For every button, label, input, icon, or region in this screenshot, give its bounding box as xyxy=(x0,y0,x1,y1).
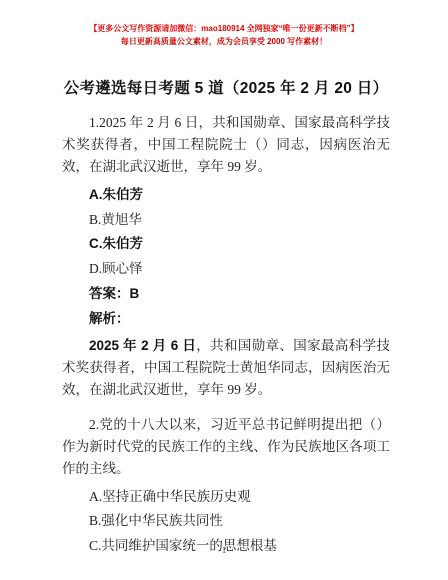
question-2-stem: 2.党的十八大以来，习近平总书记鲜明提出把（）作为新时代党的民族工作的主线、作为… xyxy=(62,414,390,480)
promo-line-2: 每日更新高质量公文素材，成为会员享受 2000 写作素材！ xyxy=(50,35,398,48)
question-1-answer: 答案：B xyxy=(62,283,390,305)
document-page: 【更多公文写作资源请加微信：mao180914 全网独家“唯一份更新不断档”】 … xyxy=(0,0,448,580)
question-2-option-b: B.强化中华民族共同性 xyxy=(62,510,390,532)
document-title: 公考遴选每日考题 5 道（2025 年 2 月 20 日） xyxy=(62,78,390,99)
question-1-analysis-text: 2025 年 2 月 6 日，共和国勋章、国家最高科学技术奖获得者，中国工程院院… xyxy=(62,335,390,401)
question-1-option-a: A.朱伯芳 xyxy=(62,184,390,206)
question-2-option-a: A.坚持正确中华民族历史观 xyxy=(62,486,390,508)
question-1-analysis-label: 解析： xyxy=(62,308,390,330)
question-1-option-b: B.黄旭华 xyxy=(62,209,390,231)
page-number: 1 xyxy=(222,546,227,556)
promo-line-1: 【更多公文写作资源请加微信：mao180914 全网独家“唯一份更新不断档”】 xyxy=(50,22,398,35)
analysis-date: 2025 年 2 月 6 日 xyxy=(89,338,196,353)
question-1-option-c: C.朱伯芳 xyxy=(62,233,390,255)
question-1-stem: 1.2025 年 2 月 6 日，共和国勋章、国家最高科学技术奖获得者，中国工程… xyxy=(62,112,390,178)
promo-header: 【更多公文写作资源请加微信：mao180914 全网独家“唯一份更新不断档”】 … xyxy=(50,22,398,48)
question-1-option-d: D.顾心怿 xyxy=(62,258,390,280)
